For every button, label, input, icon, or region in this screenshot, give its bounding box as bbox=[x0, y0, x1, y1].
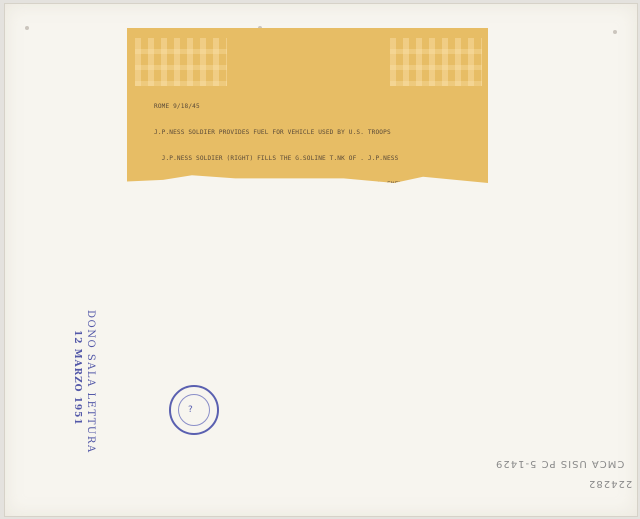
library-stamp-line2: 12 MARZO 1951 bbox=[72, 330, 82, 426]
castle-ornament-icon bbox=[390, 38, 482, 86]
pencil-note-number: 224282 bbox=[588, 478, 632, 489]
caption-line: ROME 9/18/45 bbox=[154, 103, 484, 112]
pinhole-mark bbox=[613, 30, 617, 34]
pencil-note-catalog: CMCA USIS PC 5-1429 bbox=[495, 458, 624, 469]
caption-line: J.P.NESS SOLDIER PROVIDES FUEL FOR VEHIC… bbox=[154, 129, 484, 138]
round-ink-stamp: ? bbox=[169, 385, 219, 435]
library-stamp-line1: DONO SALA LETTURA bbox=[85, 310, 96, 454]
stamp-emblem-icon: ? bbox=[188, 405, 193, 415]
caption-label: ROME 9/18/45 J.P.NESS SOLDIER PROVIDES F… bbox=[127, 28, 488, 183]
castle-ornament-icon bbox=[135, 38, 227, 86]
pinhole-mark bbox=[25, 26, 29, 30]
caption-line: J.P.NESS SOLDIER (RIGHT) FILLS THE G.SOL… bbox=[154, 155, 484, 164]
